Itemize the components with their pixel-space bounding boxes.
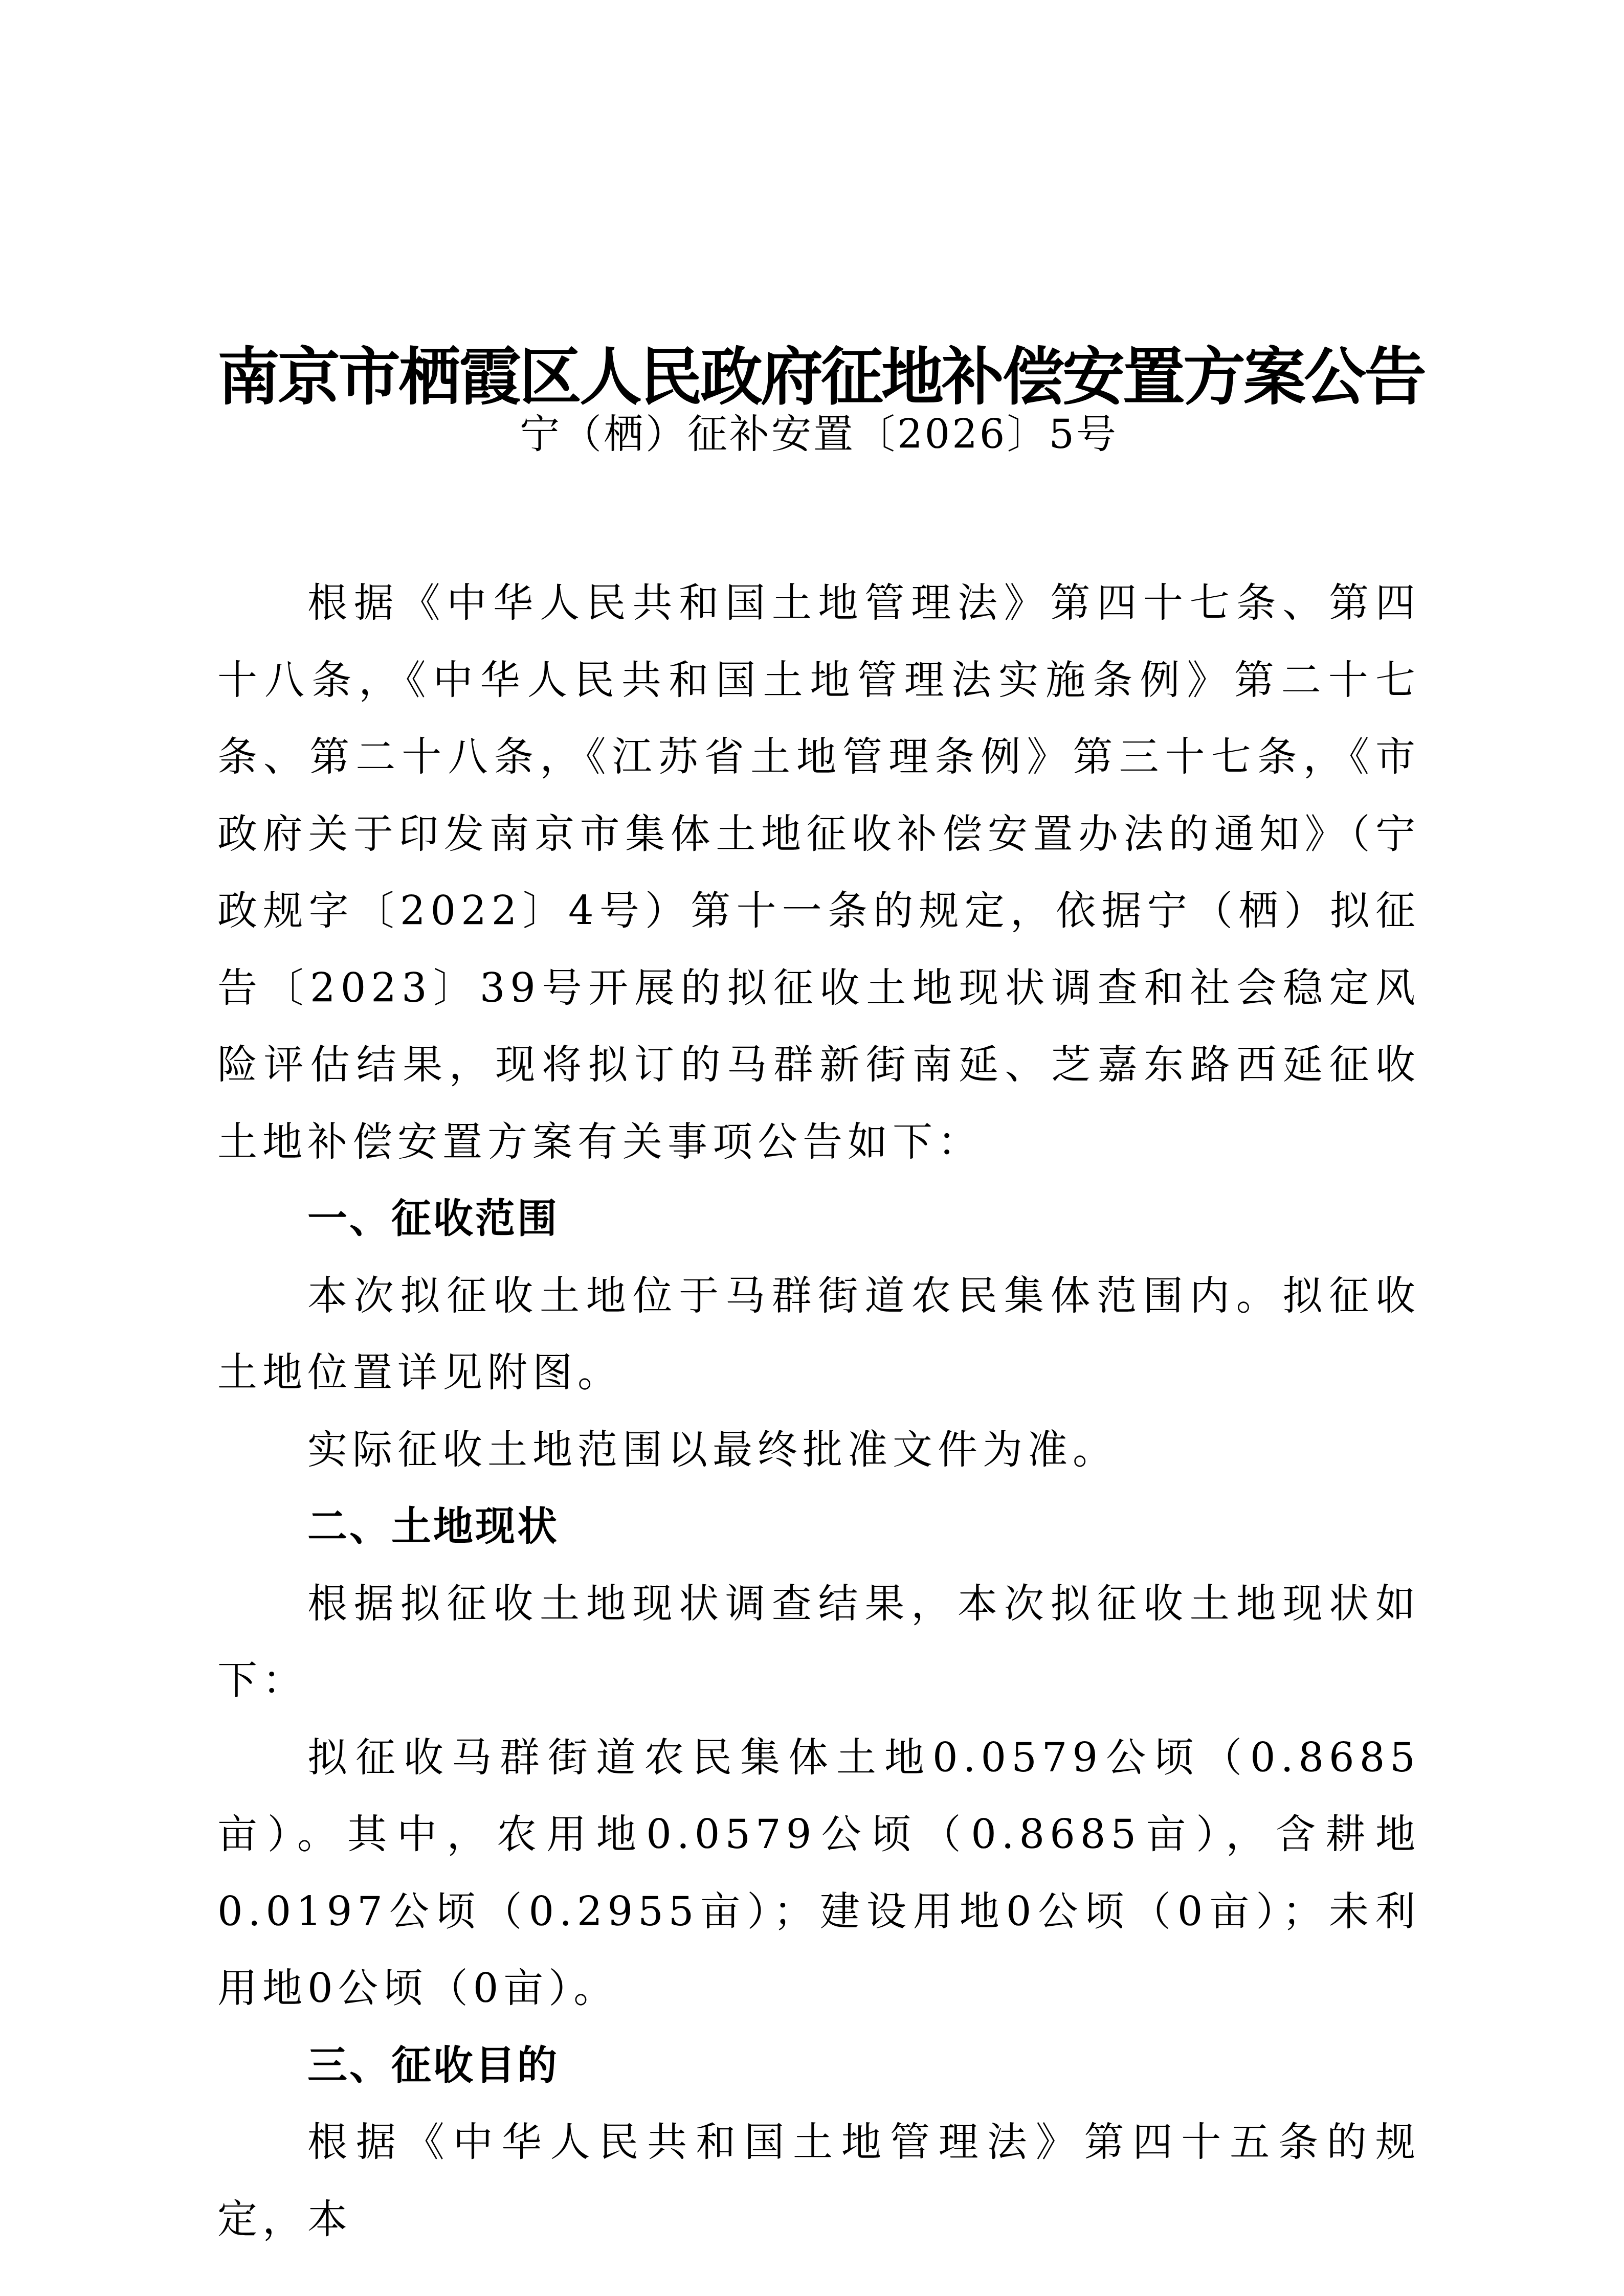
section-heading: 三、征收目的	[217, 2028, 1420, 2105]
section-paragraph: 根据拟征收土地现状调查结果，本次拟征收土地现状如下：	[217, 1566, 1420, 1720]
intro-paragraph: 根据《中华人民共和国土地管理法》第四十七条、第四十八条，《中华人民共和国土地管理…	[217, 565, 1420, 1181]
section-heading: 二、土地现状	[217, 1489, 1420, 1566]
section-heading: 一、征收范围	[217, 1181, 1420, 1258]
section-paragraph: 根据《中华人民共和国土地管理法》第四十五条的规定，本	[217, 2104, 1420, 2258]
section-land-status: 二、土地现状 根据拟征收土地现状调查结果，本次拟征收土地现状如下： 拟征收马群街…	[217, 1489, 1420, 2028]
document-body: 根据《中华人民共和国土地管理法》第四十七条、第四十八条，《中华人民共和国土地管理…	[217, 565, 1420, 2258]
section-paragraph: 实际征收土地范围以最终批准文件为准。	[217, 1412, 1420, 1489]
section-scope: 一、征收范围 本次拟征收土地位于马群街道农民集体范围内。拟征收土地位置详见附图。…	[217, 1181, 1420, 1489]
section-paragraph: 本次拟征收土地位于马群街道农民集体范围内。拟征收土地位置详见附图。	[217, 1258, 1420, 1412]
document-number: 宁（栖）征补安置〔2026〕5号	[217, 409, 1420, 460]
document-title: 南京市栖霞区人民政府征地补偿安置方案公告	[217, 341, 1420, 413]
section-purpose: 三、征收目的 根据《中华人民共和国土地管理法》第四十五条的规定，本	[217, 2028, 1420, 2259]
section-paragraph: 拟征收马群街道农民集体土地0.0579公顷（0.8685亩）。其中，农用地0.0…	[217, 1720, 1420, 2028]
